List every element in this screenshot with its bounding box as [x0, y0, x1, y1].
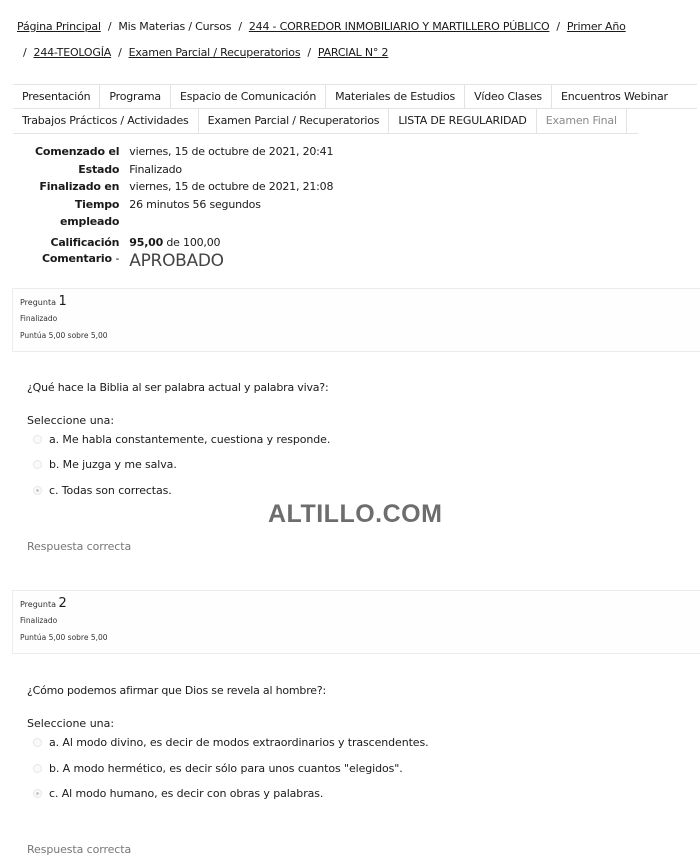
summary-row-state: Estado Finalizado	[20, 161, 333, 179]
course-tabs: Presentación Programa Espacio de Comunic…	[13, 84, 697, 134]
question-number: 1	[59, 294, 67, 309]
attempt-summary: Comenzado el viernes, 15 de octubre de 2…	[20, 143, 333, 271]
time-value: 26 minutos 56 segundos	[124, 196, 333, 231]
question-label: Pregunta	[20, 298, 56, 307]
finished-label: Finalizado en	[20, 178, 124, 196]
answer-label: b. Me juzga y me salva.	[49, 458, 177, 471]
grade-max: de 100,00	[166, 236, 220, 249]
comment-label: Comentario	[42, 252, 112, 265]
answer-label: a. Me habla constantemente, cuestiona y …	[49, 433, 330, 446]
breadcrumb-section[interactable]: Examen Parcial / Recuperatorios	[129, 46, 301, 59]
question-1-text: ¿Qué hace la Biblia al ser palabra actua…	[27, 381, 328, 394]
radio-button-checked[interactable]	[33, 789, 42, 798]
watermark: ALTILLO.COM	[268, 500, 442, 529]
grade-label: Calificación	[20, 231, 124, 252]
tab-espacio-comunicacion[interactable]: Espacio de Comunicación	[171, 85, 326, 108]
question-2-grade: Puntúa 5,00 sobre 5,00	[20, 629, 694, 646]
breadcrumb-separator: /	[23, 46, 27, 59]
question-1-feedback: Respuesta correcta	[27, 540, 131, 553]
question-2-feedback: Respuesta correcta	[27, 843, 131, 856]
question-1-answer-c[interactable]: c. Todas son correctas.	[33, 484, 172, 497]
comment-dash: -	[116, 252, 120, 265]
state-label: Estado	[20, 161, 124, 179]
question-1-grade: Puntúa 5,00 sobre 5,00	[20, 327, 694, 344]
tab-row-1: Presentación Programa Espacio de Comunic…	[13, 84, 697, 109]
finished-value: viernes, 15 de octubre de 2021, 21:08	[124, 178, 333, 196]
answer-label: c. Todas son correctas.	[49, 484, 172, 497]
breadcrumb-home[interactable]: Página Principal	[17, 20, 101, 33]
grade-score: 95,00	[129, 236, 163, 249]
tab-examen-parcial[interactable]: Examen Parcial / Recuperatorios	[199, 109, 390, 133]
breadcrumb-subject[interactable]: 244-TEOLOGÍA	[34, 46, 112, 59]
question-2-prompt: Seleccione una:	[27, 717, 114, 730]
radio-button[interactable]	[33, 460, 42, 469]
grade-value: 95,00 de 100,00	[124, 231, 333, 252]
radio-button-checked[interactable]	[33, 486, 42, 495]
summary-row-finished: Finalizado en viernes, 15 de octubre de …	[20, 178, 333, 196]
tab-materiales-estudios[interactable]: Materiales de Estudios	[326, 85, 465, 108]
breadcrumb-separator: /	[108, 20, 112, 33]
comment-label-cell: Comentario -	[20, 251, 124, 271]
radio-button[interactable]	[33, 764, 42, 773]
started-label: Comenzado el	[20, 143, 124, 161]
answer-label: b. A modo hermético, es decir sólo para …	[49, 762, 403, 775]
tab-trabajos-practicos[interactable]: Trabajos Prácticos / Actividades	[13, 109, 199, 133]
question-number: 2	[59, 596, 67, 611]
summary-row-started: Comenzado el viernes, 15 de octubre de 2…	[20, 143, 333, 161]
summary-row-grade: Calificación 95,00 de 100,00	[20, 231, 333, 252]
breadcrumb-my-courses: Mis Materias / Cursos	[118, 20, 231, 33]
tab-examen-final: Examen Final	[537, 109, 627, 133]
question-1-answer-b[interactable]: b. Me juzga y me salva.	[33, 458, 177, 471]
comment-value: APROBADO	[124, 251, 333, 271]
summary-row-comment: Comentario - APROBADO	[20, 251, 333, 271]
started-value: viernes, 15 de octubre de 2021, 20:41	[124, 143, 333, 161]
answer-label: a. Al modo divino, es decir de modos ext…	[49, 736, 429, 749]
breadcrumb-course[interactable]: 244 - CORREDOR INMOBILIARIO Y MARTILLERO…	[249, 20, 550, 33]
tab-programa[interactable]: Programa	[100, 85, 171, 108]
state-value: Finalizado	[124, 161, 333, 179]
question-1-number: Pregunta 1	[20, 295, 694, 310]
question-2-answer-c[interactable]: c. Al modo humano, es decir con obras y …	[33, 787, 323, 800]
breadcrumb: Página Principal/Mis Materias / Cursos/2…	[17, 14, 697, 66]
question-2-answer-b[interactable]: b. A modo hermético, es decir sólo para …	[33, 762, 403, 775]
breadcrumb-separator: /	[556, 20, 560, 33]
question-1-state: Finalizado	[20, 310, 694, 327]
question-2-number: Pregunta 2	[20, 597, 694, 612]
tab-row-2: Trabajos Prácticos / Actividades Examen …	[13, 109, 638, 134]
breadcrumb-separator: /	[238, 20, 242, 33]
radio-button[interactable]	[33, 435, 42, 444]
question-label: Pregunta	[20, 600, 56, 609]
radio-button[interactable]	[33, 738, 42, 747]
breadcrumb-separator: /	[118, 46, 122, 59]
tab-encuentros-webinar[interactable]: Encuentros Webinar	[552, 85, 677, 108]
tab-presentacion[interactable]: Presentación	[13, 85, 100, 108]
question-1-answer-a[interactable]: a. Me habla constantemente, cuestiona y …	[33, 433, 330, 446]
question-1-prompt: Seleccione una:	[27, 414, 114, 427]
summary-row-time: Tiempo empleado 26 minutos 56 segundos	[20, 196, 333, 231]
question-1-info: Pregunta 1 Finalizado Puntúa 5,00 sobre …	[12, 288, 700, 352]
question-2-state: Finalizado	[20, 612, 694, 629]
tab-lista-regularidad[interactable]: LISTA DE REGULARIDAD	[389, 109, 536, 133]
breadcrumb-exam[interactable]: PARCIAL N° 2	[318, 46, 388, 59]
question-2-text: ¿Cómo podemos afirmar que Dios se revela…	[27, 684, 326, 697]
question-2-info: Pregunta 2 Finalizado Puntúa 5,00 sobre …	[12, 590, 700, 654]
breadcrumb-year[interactable]: Primer Año	[567, 20, 626, 33]
time-label: Tiempo empleado	[20, 196, 124, 231]
breadcrumb-separator: /	[307, 46, 311, 59]
tab-video-clases[interactable]: Vídeo Clases	[465, 85, 552, 108]
answer-label: c. Al modo humano, es decir con obras y …	[49, 787, 323, 800]
question-2-answer-a[interactable]: a. Al modo divino, es decir de modos ext…	[33, 736, 429, 749]
